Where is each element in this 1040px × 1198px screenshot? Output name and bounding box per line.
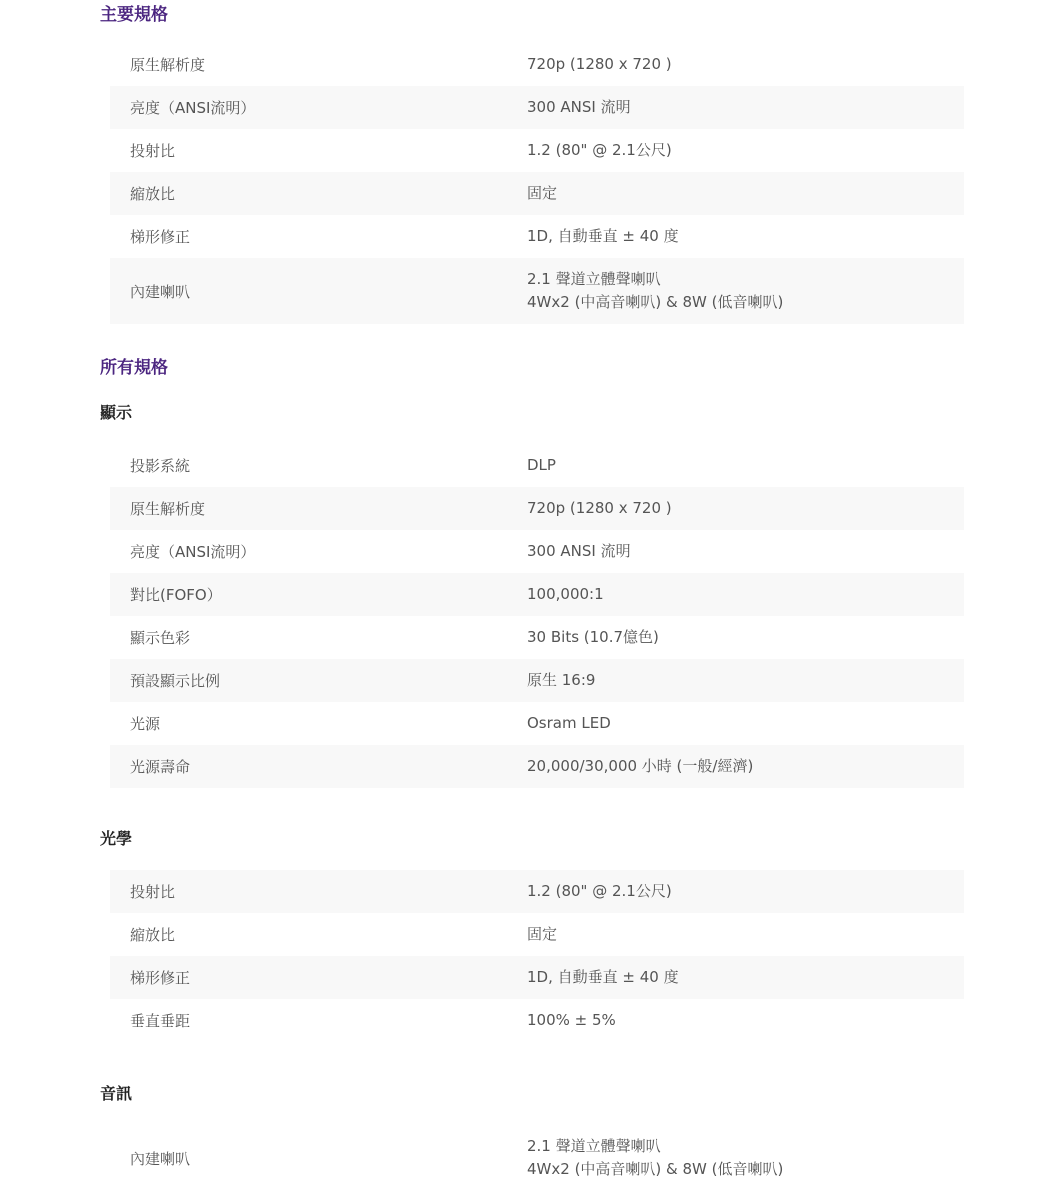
spec-row: 梯形修正 1D, 自動垂直 ± 40 度 — [110, 956, 964, 999]
spec-label: 投影系統 — [110, 455, 527, 476]
spec-label: 對比(FOFO） — [110, 584, 527, 605]
spec-row: 內建喇叭 2.1 聲道立體聲喇叭 4Wx2 (中高音喇叭) & 8W (低音喇叭… — [110, 1125, 964, 1191]
spec-value: 30 Bits (10.7億色) — [527, 626, 964, 649]
spec-label: 梯形修正 — [110, 967, 527, 988]
spec-value: 1D, 自動垂直 ± 40 度 — [527, 966, 964, 989]
group-title-optics: 光學 — [100, 828, 132, 850]
spec-label: 原生解析度 — [110, 498, 527, 519]
spec-value: Osram LED — [527, 712, 964, 735]
spec-value: 720p (1280 x 720 ) — [527, 53, 964, 76]
spec-value-line: 2.1 聲道立體聲喇叭 — [527, 1135, 964, 1158]
main-specs-title: 主要規格 — [100, 4, 168, 26]
spec-row: 光源壽命 20,000/30,000 小時 (一般/經濟) — [110, 745, 964, 788]
spec-value: 2.1 聲道立體聲喇叭 4Wx2 (中高音喇叭) & 8W (低音喇叭) — [527, 1135, 964, 1181]
spec-label: 顯示色彩 — [110, 627, 527, 648]
spec-row: 對比(FOFO） 100,000:1 — [110, 573, 964, 616]
spec-value: DLP — [527, 454, 964, 477]
spec-row: 梯形修正 1D, 自動垂直 ± 40 度 — [110, 215, 964, 258]
display-specs-table: 投影系統 DLP 原生解析度 720p (1280 x 720 ) 亮度（ANS… — [110, 444, 964, 788]
spec-label: 預設顯示比例 — [110, 670, 527, 691]
spec-label: 光源 — [110, 713, 527, 734]
spec-value: 2.1 聲道立體聲喇叭 4Wx2 (中高音喇叭) & 8W (低音喇叭) — [527, 268, 964, 314]
spec-value-line: 4Wx2 (中高音喇叭) & 8W (低音喇叭) — [527, 1158, 964, 1181]
spec-row: 光源 Osram LED — [110, 702, 964, 745]
group-title-display: 顯示 — [100, 402, 132, 424]
spec-row: 投射比 1.2 (80" @ 2.1公尺) — [110, 870, 964, 913]
spec-label: 縮放比 — [110, 183, 527, 204]
spec-value-line: 4Wx2 (中高音喇叭) & 8W (低音喇叭) — [527, 291, 964, 314]
spec-row: 垂直垂距 100% ± 5% — [110, 999, 964, 1042]
spec-value: 固定 — [527, 923, 964, 946]
spec-value-line: 2.1 聲道立體聲喇叭 — [527, 268, 964, 291]
spec-row: 預設顯示比例 原生 16:9 — [110, 659, 964, 702]
spec-row: 亮度（ANSI流明） 300 ANSI 流明 — [110, 530, 964, 573]
spec-value: 原生 16:9 — [527, 669, 964, 692]
spec-label: 亮度（ANSI流明） — [110, 541, 527, 562]
spec-row: 投影系統 DLP — [110, 444, 964, 487]
spec-value: 100,000:1 — [527, 583, 964, 606]
spec-label: 光源壽命 — [110, 756, 527, 777]
spec-row: 內建喇叭 2.1 聲道立體聲喇叭 4Wx2 (中高音喇叭) & 8W (低音喇叭… — [110, 258, 964, 324]
spec-value: 固定 — [527, 182, 964, 205]
spec-value: 1.2 (80" @ 2.1公尺) — [527, 139, 964, 162]
spec-label: 梯形修正 — [110, 226, 527, 247]
spec-label: 垂直垂距 — [110, 1010, 527, 1031]
main-specs-table: 原生解析度 720p (1280 x 720 ) 亮度（ANSI流明） 300 … — [110, 43, 964, 324]
spec-value: 300 ANSI 流明 — [527, 540, 964, 563]
optics-specs-table: 投射比 1.2 (80" @ 2.1公尺) 縮放比 固定 梯形修正 1D, 自動… — [110, 870, 964, 1042]
spec-value: 720p (1280 x 720 ) — [527, 497, 964, 520]
spec-row: 投射比 1.2 (80" @ 2.1公尺) — [110, 129, 964, 172]
spec-row: 原生解析度 720p (1280 x 720 ) — [110, 487, 964, 530]
spec-row: 縮放比 固定 — [110, 172, 964, 215]
group-title-audio: 音訊 — [100, 1083, 132, 1105]
spec-label: 縮放比 — [110, 924, 527, 945]
spec-label: 內建喇叭 — [110, 1148, 527, 1169]
spec-label: 內建喇叭 — [110, 281, 527, 302]
spec-label: 原生解析度 — [110, 54, 527, 75]
spec-row: 縮放比 固定 — [110, 913, 964, 956]
spec-row: 亮度（ANSI流明） 300 ANSI 流明 — [110, 86, 964, 129]
spec-row: 顯示色彩 30 Bits (10.7億色) — [110, 616, 964, 659]
spec-label: 投射比 — [110, 881, 527, 902]
all-specs-title: 所有規格 — [100, 357, 168, 379]
audio-specs-table: 內建喇叭 2.1 聲道立體聲喇叭 4Wx2 (中高音喇叭) & 8W (低音喇叭… — [110, 1125, 964, 1191]
spec-row: 原生解析度 720p (1280 x 720 ) — [110, 43, 964, 86]
spec-value: 1D, 自動垂直 ± 40 度 — [527, 225, 964, 248]
spec-value: 20,000/30,000 小時 (一般/經濟) — [527, 755, 964, 778]
spec-value: 100% ± 5% — [527, 1009, 964, 1032]
spec-label: 投射比 — [110, 140, 527, 161]
spec-value: 1.2 (80" @ 2.1公尺) — [527, 880, 964, 903]
spec-label: 亮度（ANSI流明） — [110, 97, 527, 118]
spec-value: 300 ANSI 流明 — [527, 96, 964, 119]
